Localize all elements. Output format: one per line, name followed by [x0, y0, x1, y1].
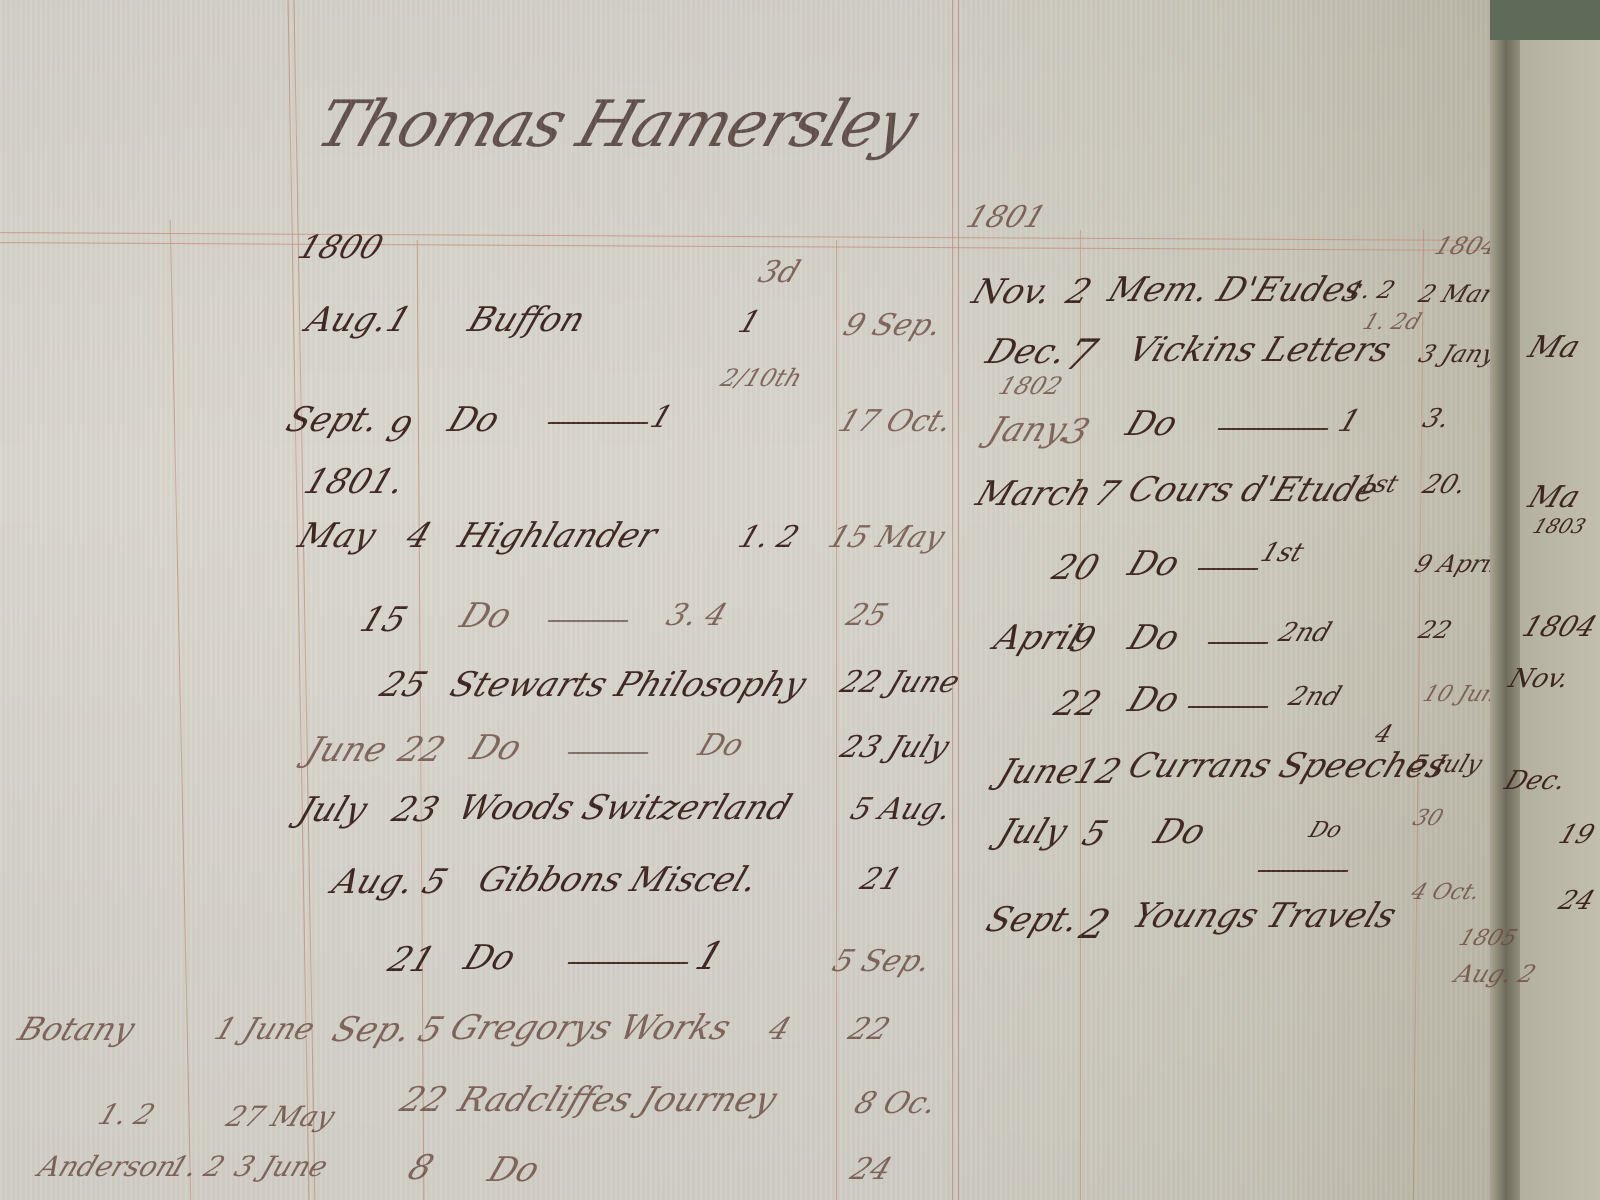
fragment-volume: 1. 2 — [164, 1150, 229, 1183]
fragment-returned: 3 June — [230, 1150, 333, 1183]
entry-title: Stewarts Philosophy — [445, 665, 812, 705]
entry-returned: 21 — [856, 862, 907, 897]
entry-volume: Do — [1305, 818, 1345, 843]
entry-day: 23 — [387, 790, 445, 830]
entry-title: Do — [443, 400, 505, 440]
ditto-dash — [568, 752, 649, 754]
entry-day: 15 — [355, 600, 413, 640]
ditto-dash — [548, 620, 629, 622]
entry-volume: Do — [694, 728, 749, 763]
entry-volume: 1 — [690, 934, 730, 978]
margin-rule-left — [170, 220, 192, 1200]
right-year-header: 1801 — [962, 200, 1051, 235]
entry-day: 25 — [375, 665, 433, 705]
facing-fragment: Ma — [1524, 330, 1585, 365]
entry-day: 21 — [383, 940, 441, 980]
entry-returned: 4 Oct. — [1407, 880, 1483, 905]
column-rule-2 — [417, 240, 425, 1200]
ditto-dash — [1208, 642, 1269, 644]
entry-title: Gibbons Miscel. — [473, 860, 764, 900]
entry-month: June — [301, 730, 393, 770]
entry-month: March — [971, 474, 1098, 514]
column-rule-4 — [952, 0, 953, 1200]
entry-day: 2 — [1061, 272, 1097, 312]
ditto-dash — [1198, 568, 1259, 570]
facing-fragment: Ma — [1524, 480, 1585, 515]
entry-returned: 5 July — [1407, 750, 1486, 778]
borrower-name-heading: Thomas Hamersley — [308, 88, 925, 162]
entry-returned: 22 June — [836, 665, 965, 700]
ditto-dash — [548, 422, 649, 424]
entry-returned: 5 Sep. — [828, 944, 936, 979]
facing-fragment: Aug. 2 — [1451, 960, 1540, 988]
header-rule-top — [0, 232, 1480, 241]
facing-fragment: Dec. — [1501, 766, 1571, 796]
entry-returned: 25 — [842, 598, 893, 633]
entry-volume: 2nd — [1275, 618, 1336, 648]
entry-title: Youngs Travels — [1127, 896, 1402, 936]
entry-month: Sep. — [327, 1010, 418, 1050]
ditto-dash — [1218, 428, 1329, 430]
entry-volume: 1. 2 — [1343, 276, 1399, 304]
entry-month: Sept. — [281, 400, 385, 440]
entry-title: Woods Switzerland — [453, 788, 797, 828]
ledger-page: Thomas Hamersley 1800 Aug. 1 Buffon 3d 1… — [0, 0, 1510, 1200]
fragment-volume: 1. 2 — [94, 1098, 159, 1131]
facing-fragment: 1803 — [1530, 514, 1590, 538]
entry-returned: 15 May — [824, 520, 950, 555]
entry-volume: 1 — [734, 305, 766, 340]
fragment-returned: 27 May — [222, 1100, 340, 1133]
entry-returned: 3 Jany — [1415, 340, 1501, 368]
entry-title: Gregorys Works — [445, 1008, 736, 1048]
facing-fragment: 1805 — [1455, 926, 1520, 951]
entry-day: 22 — [1049, 684, 1107, 724]
entry-returned: 5 Aug. — [846, 792, 957, 827]
entry-title: Highlander — [453, 516, 663, 556]
header-rule-bottom — [0, 242, 1480, 251]
entry-title: Do — [455, 596, 517, 636]
entry-month: July — [993, 812, 1073, 852]
entry-day: 20 — [1047, 548, 1105, 588]
column-rule-6 — [1413, 230, 1424, 1200]
entry-volume: 1 — [646, 400, 678, 435]
facing-fragment: 19 — [1555, 820, 1599, 850]
entry-returned: 17 Oct. — [834, 404, 957, 439]
facing-fragment: 1804 — [1518, 610, 1600, 643]
entry-title: Vickins Letters — [1123, 330, 1397, 370]
ditto-dash — [1188, 706, 1269, 708]
entry-title: Do — [1123, 544, 1185, 584]
entry-day: 5 — [413, 1010, 449, 1050]
entry-month: Dec. — [981, 332, 1073, 372]
entry-returned: 22 — [844, 1012, 895, 1047]
entry-day: 22 — [393, 730, 451, 770]
entry-month: Aug. — [327, 862, 421, 902]
entry-returned: 20. — [1419, 470, 1471, 500]
column-rule-3 — [836, 240, 837, 1200]
entry-title: Do — [1123, 680, 1185, 720]
entry-returned: 24 — [846, 1152, 897, 1187]
entry-volume: 3. 4 — [662, 598, 732, 633]
entry-title: Do — [483, 1150, 545, 1190]
year-marker: 1801. — [299, 462, 411, 502]
entry-month: July — [293, 790, 373, 830]
entry-month: Nov. — [967, 272, 1058, 312]
fragment-title: Botany — [13, 1010, 140, 1048]
entry-day: 5 — [417, 862, 453, 902]
column-rule-4b — [958, 0, 959, 1200]
entry-title: Mem. D'Eudes — [1103, 270, 1369, 310]
entry-title: Do — [1149, 812, 1211, 852]
entry-returned: 3. — [1419, 404, 1455, 434]
entry-volume: 2nd — [1285, 682, 1346, 712]
year-marker: 1802 — [995, 372, 1066, 400]
entry-volume: 1 — [1334, 404, 1366, 439]
entry-title: Do — [459, 938, 521, 978]
entry-month: Sept. — [981, 900, 1085, 940]
entry-month: May — [293, 516, 382, 556]
entry-returned: 23 July — [836, 730, 954, 765]
entry-volume: 1st — [1257, 538, 1308, 568]
entry-day: 8 — [403, 1148, 439, 1188]
ditto-dash — [568, 962, 689, 964]
entry-title: Do — [465, 728, 527, 768]
entry-returned: 22 — [1415, 616, 1456, 644]
entry-day: 4 — [401, 516, 437, 556]
facing-fragment: 24 — [1555, 886, 1599, 916]
entry-volume: 4 — [1371, 720, 1396, 748]
entry-day: 22 — [395, 1080, 453, 1120]
entry-volume-note: 2/10th — [717, 364, 806, 392]
ditto-dash — [1258, 870, 1349, 872]
entry-title: Cours d'Etude — [1123, 470, 1384, 510]
entry-day: 5 — [1077, 814, 1113, 854]
fragment-note: 1 June — [210, 1012, 320, 1047]
facing-fragment: Nov. — [1505, 664, 1574, 694]
entry-volume: 1. 2d — [1359, 310, 1424, 335]
facing-page-edge: Ma Ma 1803 1804 Nov. Dec. 19 24 1805 Aug… — [1520, 40, 1600, 1200]
entry-returned: 9 Sep. — [839, 308, 947, 343]
entry-returned: 8 Oc. — [850, 1086, 942, 1121]
entry-title: Do — [1123, 618, 1185, 658]
entry-volume-note: 3d — [754, 255, 805, 290]
entry-title: Radcliffes Journey — [453, 1080, 783, 1120]
entry-volume: 4 — [764, 1012, 796, 1047]
entry-day: 9 — [381, 410, 417, 450]
left-year-header: 1800 — [293, 228, 388, 266]
entry-title: Buffon — [463, 300, 591, 340]
entry-volume: 1. 2 — [734, 520, 804, 555]
entry-title: Currans Speeches — [1123, 746, 1452, 786]
entry-title: Do — [1121, 404, 1183, 444]
entry-month: Aug. — [301, 300, 395, 340]
fragment-title: Anderson — [34, 1150, 181, 1183]
entry-returned: 30 — [1409, 806, 1446, 831]
